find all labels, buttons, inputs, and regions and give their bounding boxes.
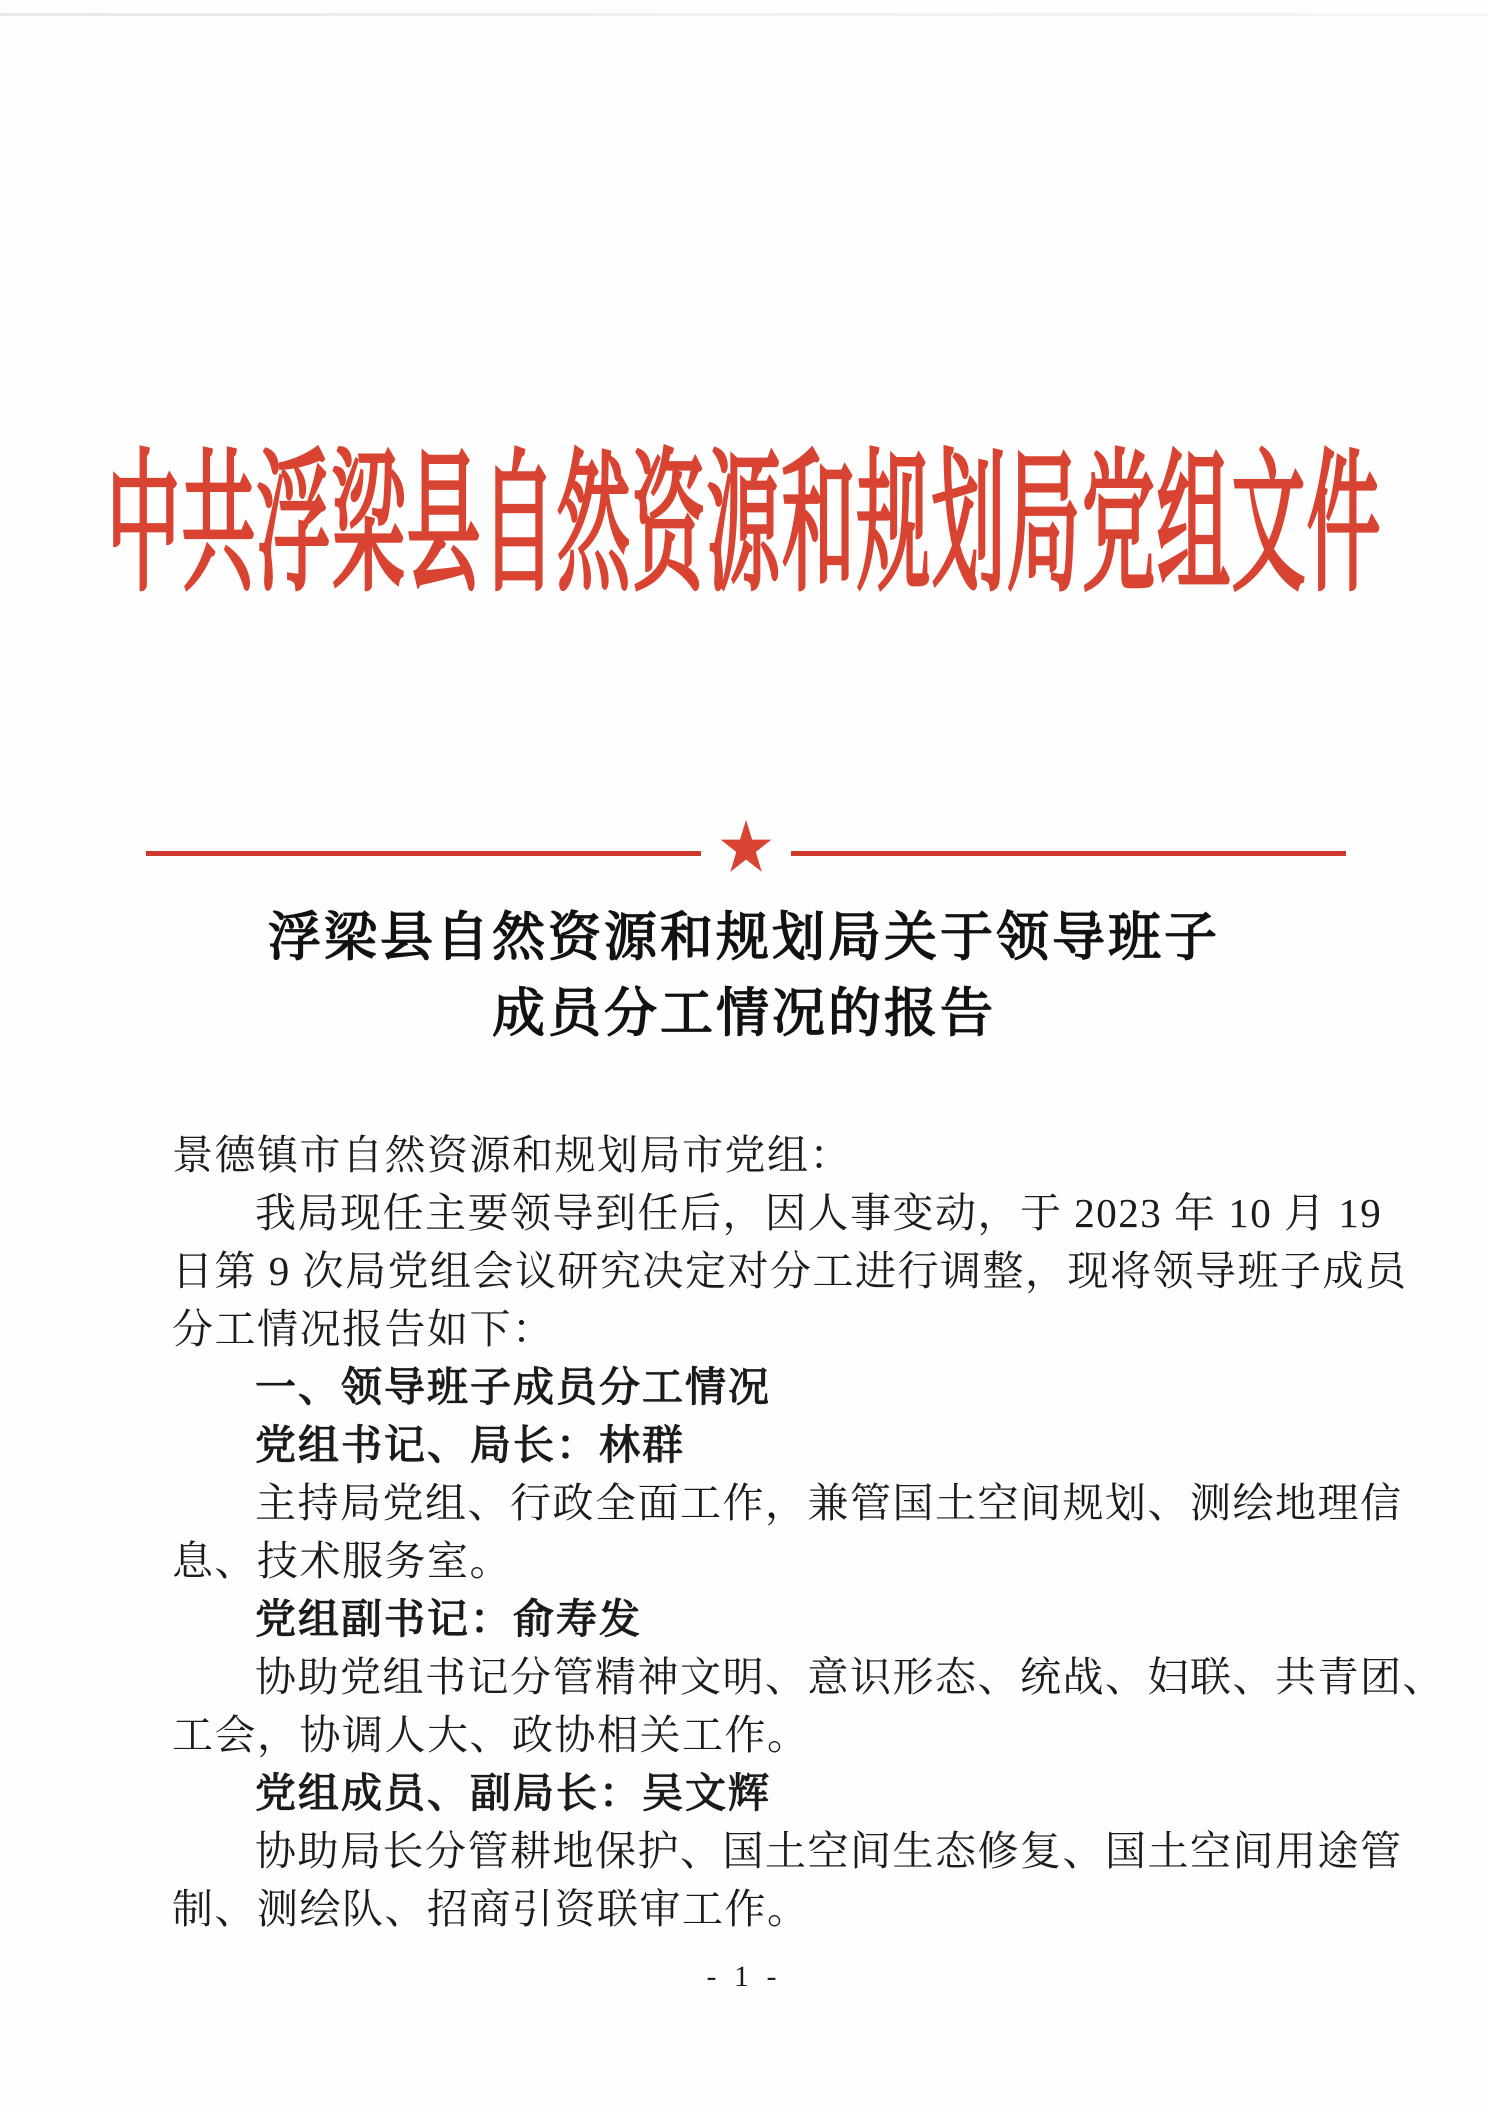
scan-artifact-line	[0, 13, 1488, 16]
document-body: 景德镇市自然资源和规划局市党组： 我局现任主要领导到任后，因人事变动，于 202…	[172, 1126, 1360, 1938]
body-line: 息、技术服务室。	[172, 1532, 1360, 1590]
body-line: 日第 9 次局党组会议研究决定对分工进行调整，现将领导班子成员	[172, 1242, 1360, 1300]
masthead-org-title: 中共浮梁县自然资源和规划局党组文件	[0, 450, 1488, 604]
body-heading-role: 党组书记、局长：林群	[172, 1416, 1360, 1474]
body-heading-role: 党组成员、副局长：吴文辉	[172, 1764, 1360, 1822]
body-line-salutation: 景德镇市自然资源和规划局市党组：	[172, 1126, 1360, 1184]
body-heading-role: 党组副书记：俞寿发	[172, 1590, 1360, 1648]
document-title-line-2: 成员分工情况的报告	[0, 976, 1488, 1052]
separator-rule-left	[146, 851, 701, 856]
page-number: - 1 -	[0, 1960, 1488, 1994]
document-page: 中共浮梁县自然资源和规划局党组文件 ★ 浮梁县自然资源和规划局关于领导班子 成员…	[0, 0, 1488, 2106]
masthead-separator: ★	[146, 822, 1346, 884]
body-line: 协助党组书记分管精神文明、意识形态、统战、妇联、共青团、	[172, 1648, 1360, 1706]
document-title-line-1: 浮梁县自然资源和规划局关于领导班子	[0, 900, 1488, 976]
star-icon: ★	[701, 813, 790, 884]
body-line: 我局现任主要领导到任后，因人事变动，于 2023 年 10 月 19	[172, 1184, 1360, 1242]
body-line: 分工情况报告如下：	[172, 1300, 1360, 1358]
body-line: 协助局长分管耕地保护、国土空间生态修复、国土空间用途管	[172, 1822, 1360, 1880]
body-line: 制、测绘队、招商引资联审工作。	[172, 1880, 1360, 1938]
body-line: 主持局党组、行政全面工作，兼管国土空间规划、测绘地理信	[172, 1474, 1360, 1532]
document-title: 浮梁县自然资源和规划局关于领导班子 成员分工情况的报告	[0, 900, 1488, 1052]
body-line: 工会，协调人大、政协相关工作。	[172, 1706, 1360, 1764]
body-heading-section: 一、领导班子成员分工情况	[172, 1358, 1360, 1416]
separator-rule-right	[791, 851, 1346, 856]
